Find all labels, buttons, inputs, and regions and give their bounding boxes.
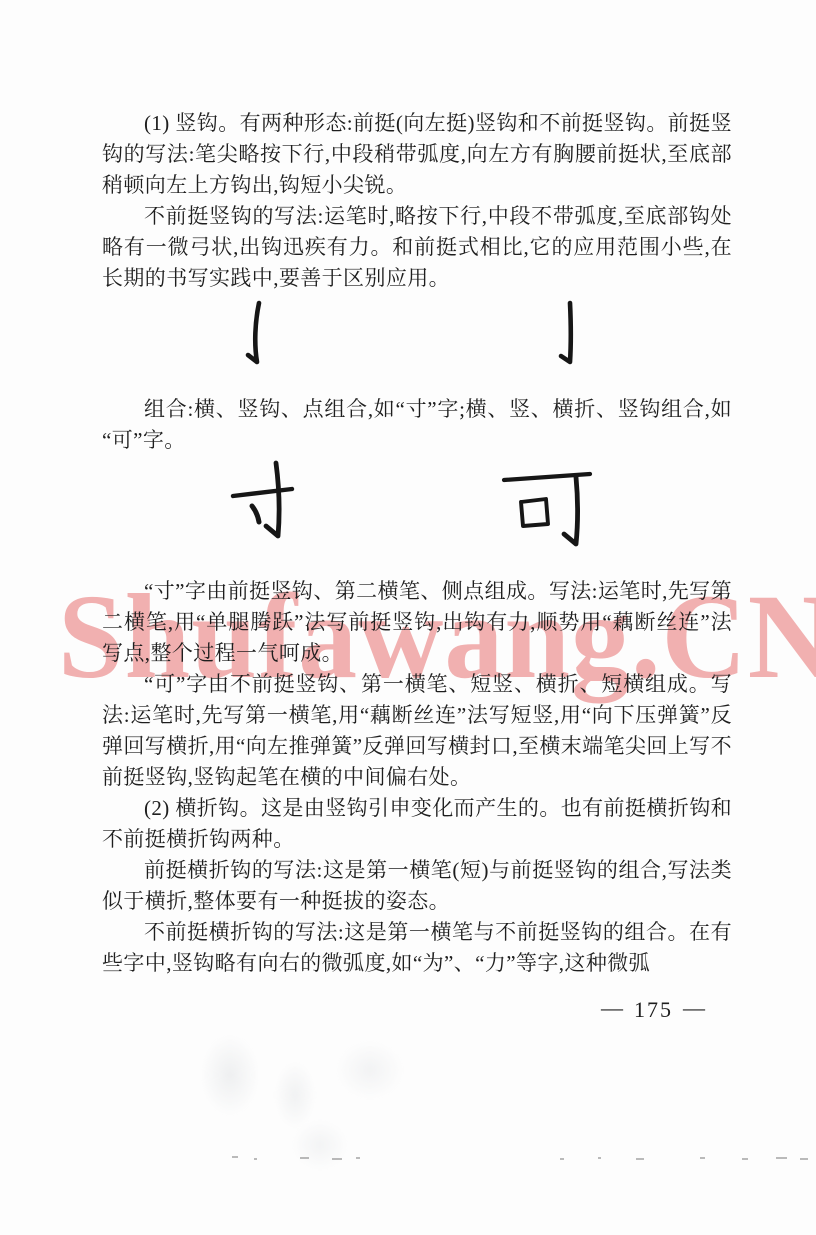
character-ke	[500, 466, 595, 561]
page-number: —175—	[102, 997, 732, 1023]
paragraph-straight-vertical-hook: 不前挺竖钩的写法:运笔时,略按下行,中段不带弧度,至底部钩处略有一微弓状,出钩迅…	[102, 201, 732, 294]
straight-vertical-hook-stroke	[554, 300, 584, 387]
scan-noise	[800, 1158, 808, 1160]
scan-noise	[560, 1158, 564, 1160]
page-number-value: 175	[634, 997, 673, 1023]
page-number-dash-right: —	[683, 995, 706, 1021]
stroke-examples-figure	[102, 294, 732, 394]
paragraph-cun-writing: “寸”字由前挺竖钩、第二横笔、侧点组成。写法:运笔时,先写第二横笔,用“单腿腾跃…	[102, 576, 732, 669]
paragraph-vertical-hook-intro: (1) 竖钩。有两种形态:前挺(向左挺)竖钩和不前挺竖钩。前挺竖钩的写法:笔尖略…	[102, 108, 732, 201]
character-cun	[228, 458, 308, 558]
scan-noise	[636, 1158, 644, 1160]
paragraph-straight-fold-hook: 不前挺横折钩的写法:这是第一横笔与不前挺竖钩的组合。在有些字中,竖钩略有向右的微…	[102, 917, 732, 979]
paragraph-horizontal-fold-hook-intro: (2) 横折钩。这是由竖钩引申变化而产生的。也有前挺横折钩和不前挺横折钩两种。	[102, 793, 732, 855]
scan-noise	[300, 1157, 309, 1159]
page-number-dash-left: —	[601, 995, 624, 1021]
scan-noise	[742, 1158, 748, 1160]
scan-noise	[598, 1157, 601, 1159]
text-column: (1) 竖钩。有两种形态:前挺(向左挺)竖钩和不前挺竖钩。前挺竖钩的写法:笔尖略…	[102, 108, 732, 1023]
paragraph-combinations: 组合:横、竖钩、点组合,如“寸”字;横、竖、横折、竖钩组合,如“可”字。	[102, 394, 732, 456]
scan-noise	[356, 1157, 360, 1159]
book-page: Shufawang.CN (1) 竖钩。有两种形态:前挺(向左挺)竖钩和不前挺竖…	[0, 0, 816, 1235]
scan-noise	[776, 1157, 787, 1159]
scan-noise	[700, 1157, 705, 1159]
paragraph-ke-writing: “可”字由不前挺竖钩、第一横笔、短竖、横折、短横组成。写法:运笔时,先写第一横笔…	[102, 669, 732, 793]
scan-noise	[254, 1158, 257, 1160]
scan-noise	[332, 1158, 342, 1160]
front-leaning-vertical-hook-stroke	[242, 300, 272, 387]
paragraph-front-leaning-fold-hook: 前挺横折钩的写法:这是第一横笔(短)与前挺竖钩的组合,写法类似于横折,整体要有一…	[102, 855, 732, 917]
scan-noise	[232, 1156, 238, 1158]
character-examples-figure	[102, 456, 732, 576]
